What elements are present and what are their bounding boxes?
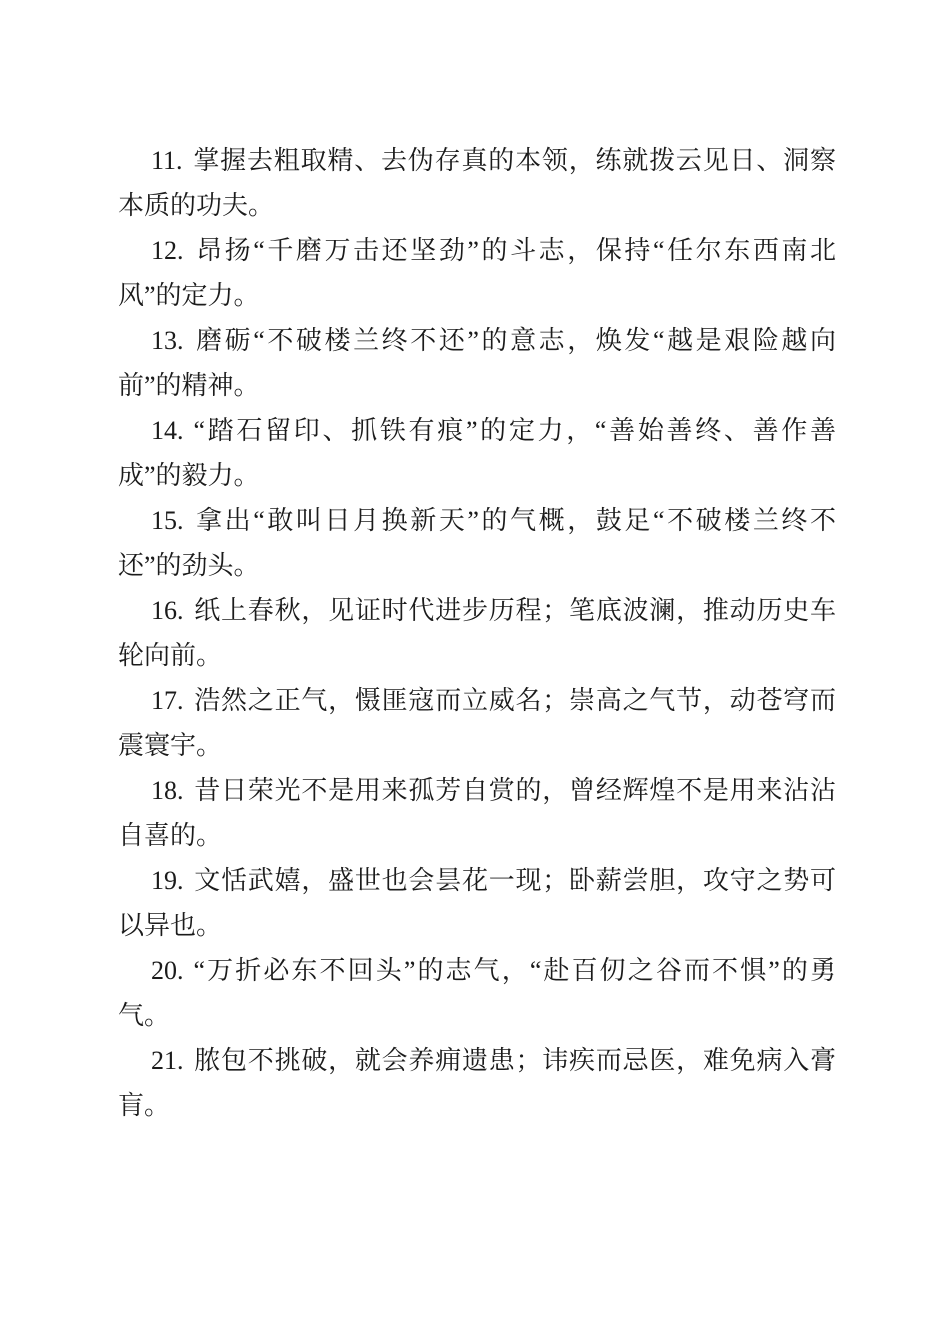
- item-text: 昔日荣光不是用来孤芳自赏的，曾经辉煌不是用来沾沾自喜的。: [118, 776, 836, 850]
- list-item: 14.“踏石留印、抓铁有痕”的定力，“善始善终、善作善成”的毅力。: [118, 408, 836, 498]
- item-text: 磨砺“不破楼兰终不还”的意志，焕发“越是艰险越向前”的精神。: [118, 326, 836, 400]
- list-item: 20.“万折必东不回头”的志气，“赴百仞之谷而不惧”的勇气。: [118, 948, 836, 1038]
- item-text: 掌握去粗取精、去伪存真的本领，练就拨云见日、洞察本质的功夫。: [118, 146, 836, 220]
- list-item: 16.纸上春秋，见证时代进步历程；笔底波澜，推动历史车轮向前。: [118, 588, 836, 678]
- item-number: 12.: [151, 236, 184, 265]
- list-item: 21.脓包不挑破，就会养痈遗患；讳疾而忌医，难免病入膏肓。: [118, 1038, 836, 1128]
- item-text: “万折必东不回头”的志气，“赴百仞之谷而不惧”的勇气。: [118, 956, 836, 1030]
- item-number: 15.: [151, 506, 184, 535]
- item-text: 文恬武嬉，盛世也会昙花一现；卧薪尝胆，攻守之势可以异也。: [118, 866, 836, 940]
- list-item: 19.文恬武嬉，盛世也会昙花一现；卧薪尝胆，攻守之势可以异也。: [118, 858, 836, 948]
- item-text: 拿出“敢叫日月换新天”的气概，鼓足“不破楼兰终不还”的劲头。: [118, 506, 836, 580]
- list-item: 13.磨砺“不破楼兰终不还”的意志，焕发“越是艰险越向前”的精神。: [118, 318, 836, 408]
- item-number: 21.: [151, 1046, 184, 1075]
- item-number: 11.: [151, 146, 183, 175]
- document-body: 11.掌握去粗取精、去伪存真的本领，练就拨云见日、洞察本质的功夫。 12.昂扬“…: [118, 138, 836, 1128]
- item-text: 纸上春秋，见证时代进步历程；笔底波澜，推动历史车轮向前。: [118, 596, 836, 670]
- item-number: 14.: [151, 416, 184, 445]
- list-item: 11.掌握去粗取精、去伪存真的本领，练就拨云见日、洞察本质的功夫。: [118, 138, 836, 228]
- list-item: 18.昔日荣光不是用来孤芳自赏的，曾经辉煌不是用来沾沾自喜的。: [118, 768, 836, 858]
- item-text: 脓包不挑破，就会养痈遗患；讳疾而忌医，难免病入膏肓。: [118, 1046, 836, 1120]
- list-item: 17.浩然之正气，慑匪寇而立威名；崇高之气节，动苍穹而震寰宇。: [118, 678, 836, 768]
- document-page: 11.掌握去粗取精、去伪存真的本领，练就拨云见日、洞察本质的功夫。 12.昂扬“…: [0, 0, 950, 1344]
- item-number: 18.: [151, 776, 184, 805]
- list-item: 15.拿出“敢叫日月换新天”的气概，鼓足“不破楼兰终不还”的劲头。: [118, 498, 836, 588]
- item-text: 昂扬“千磨万击还坚劲”的斗志，保持“任尔东西南北风”的定力。: [118, 236, 836, 310]
- item-number: 19.: [151, 866, 184, 895]
- item-text: “踏石留印、抓铁有痕”的定力，“善始善终、善作善成”的毅力。: [118, 416, 836, 490]
- item-number: 17.: [151, 686, 184, 715]
- item-number: 20.: [151, 956, 184, 985]
- list-item: 12.昂扬“千磨万击还坚劲”的斗志，保持“任尔东西南北风”的定力。: [118, 228, 836, 318]
- item-number: 13.: [151, 326, 184, 355]
- item-text: 浩然之正气，慑匪寇而立威名；崇高之气节，动苍穹而震寰宇。: [118, 686, 836, 760]
- item-number: 16.: [151, 596, 184, 625]
